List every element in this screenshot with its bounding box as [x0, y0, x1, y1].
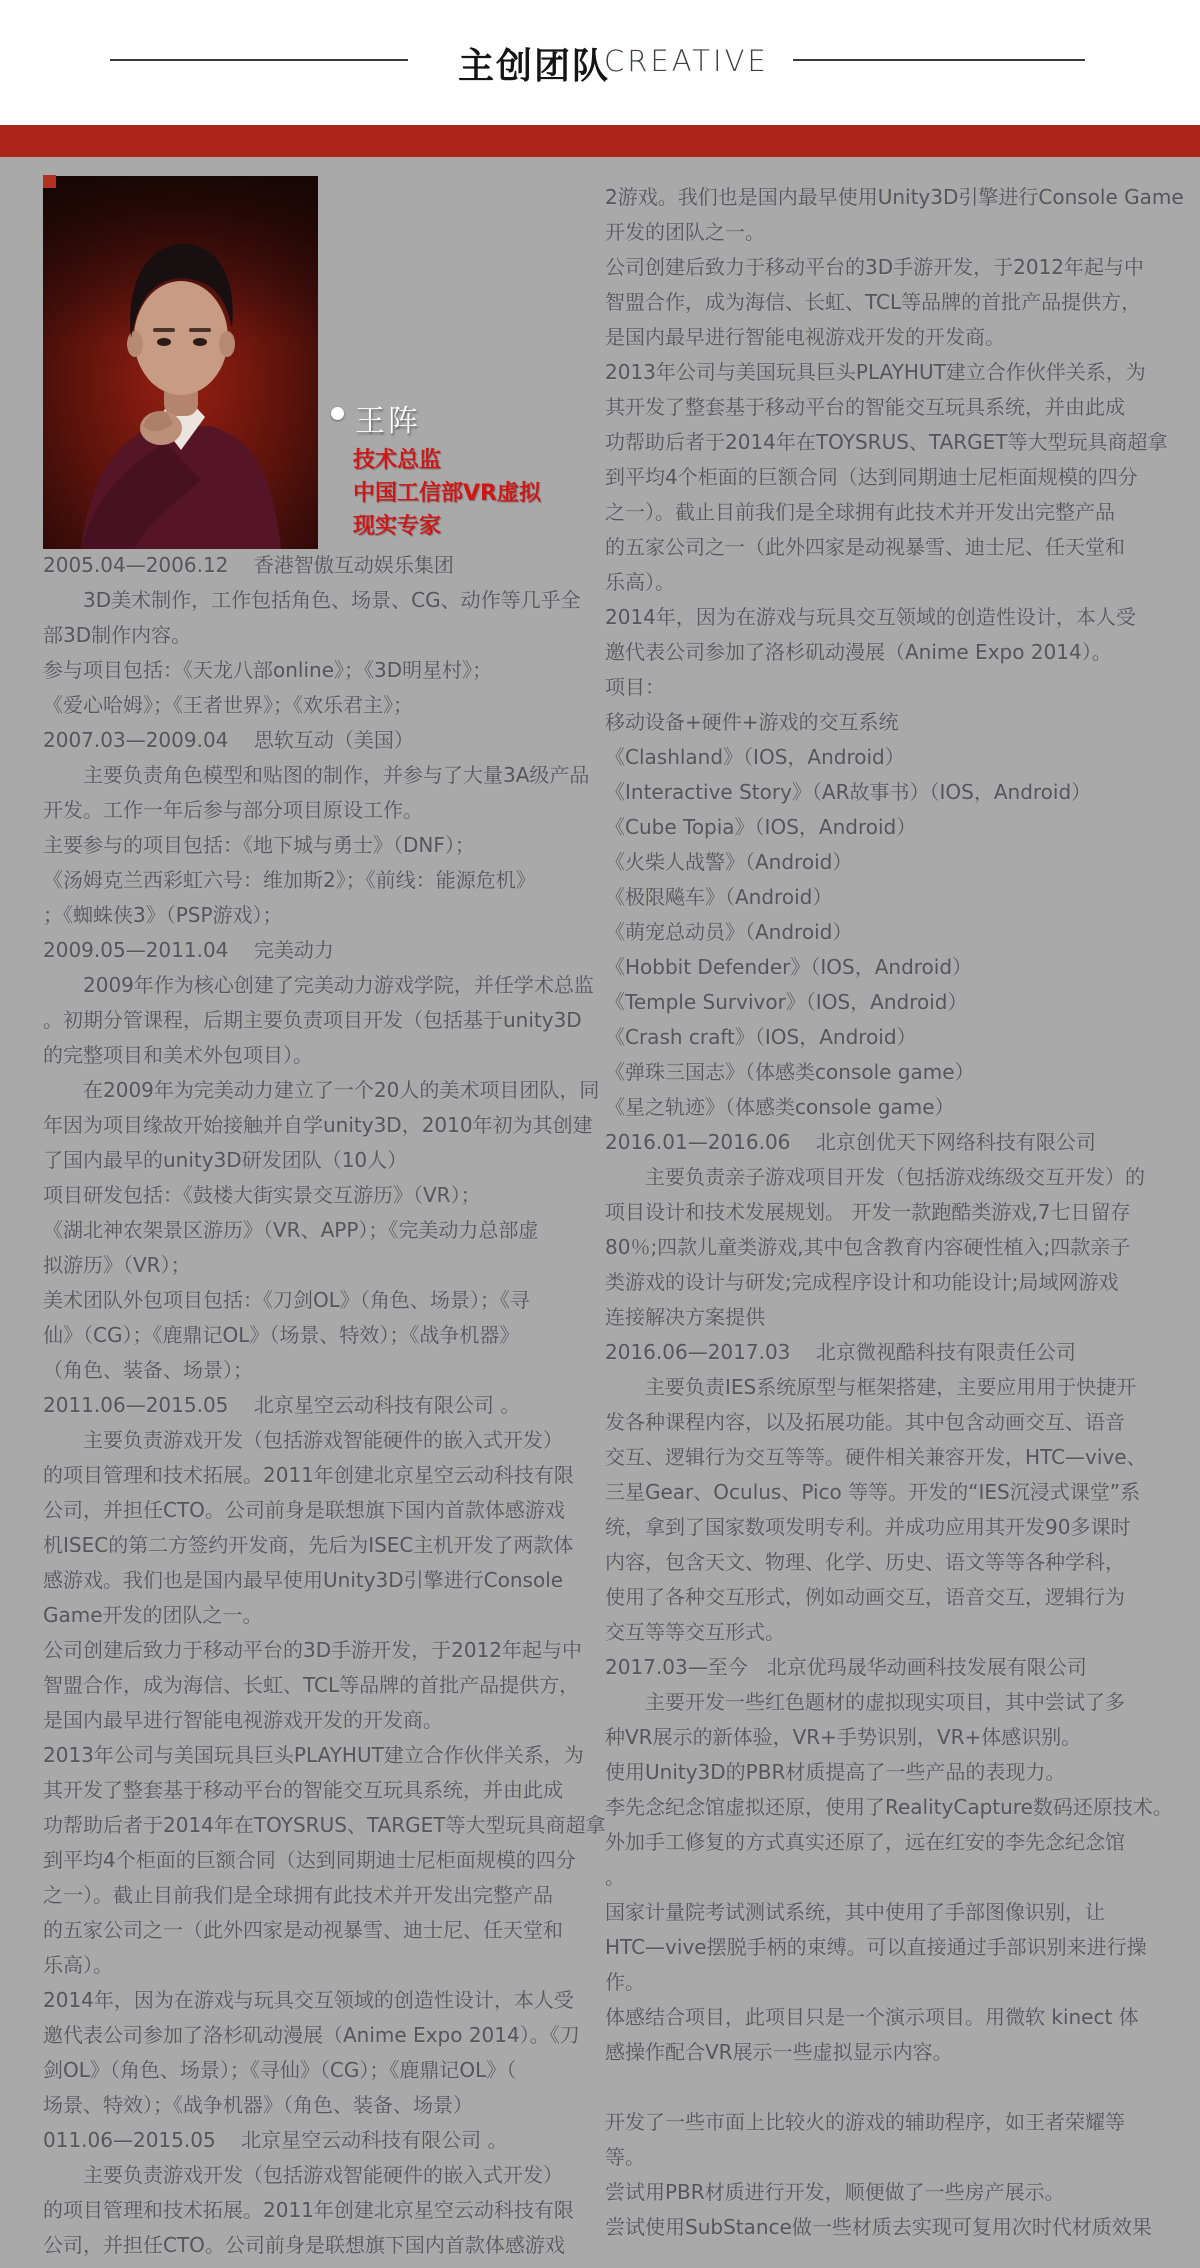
- text-line: 2011.06—2015.05 北京星空云动科技有限公司 。: [43, 1388, 588, 1423]
- resume-content: 王阵 技术总监中国工信部VR虚拟现实专家 2005.04—2006.12 香港智…: [0, 157, 1200, 2268]
- text-line: 了国内最早的unity3D研发团队（10人）: [43, 1143, 588, 1178]
- text-line: 机ISEC的第二方签约开发商，先后为ISEC主机开发了两款体: [43, 1528, 588, 1563]
- text-line: 的五家公司之一（此外四家是动视暴雪、迪士尼、任天堂和: [43, 1913, 588, 1948]
- text-line: 等。: [605, 2140, 1165, 2175]
- name-bullet-icon: [331, 407, 344, 420]
- text-line: 功帮助后者于2014年在TOYSRUS、TARGET等大型玩具商超拿: [605, 425, 1165, 460]
- text-line: 统，拿到了国家数项发明专利。并成功应用其开发90多课时: [605, 1510, 1165, 1545]
- text-line: 功帮助后者于2014年在TOYSRUS、TARGET等大型玩具商超拿: [43, 1808, 588, 1843]
- page-title-english: CREATIVE: [604, 44, 769, 78]
- text-line: 感游戏。我们也是国内最早使用Unity3D引擎进行Console: [43, 1563, 588, 1598]
- text-line: 项目设计和技术发展规划。 开发一款跑酷类游戏,7七日留存: [605, 1195, 1165, 1230]
- text-line: 仙》（CG）；《鹿鼎记OL》（场景、特效）；《战争机器》: [43, 1318, 588, 1353]
- text-line: 《极限飚车》（Android）: [605, 880, 1165, 915]
- text-line: 其开发了整套基于移动平台的智能交互玩具系统，并由此成: [605, 390, 1165, 425]
- text-line: 项目研发包括：《鼓楼大街实景交互游历》（VR）；: [43, 1178, 588, 1213]
- photo-corner-accent: [43, 175, 56, 188]
- text-line: 的项目管理和技术拓展。2011年创建北京星空云动科技有限: [43, 1458, 588, 1493]
- text-line: 2016.01—2016.06 北京创优天下网络科技有限公司: [605, 1125, 1165, 1160]
- text-line: 邀代表公司参加了洛杉矶动漫展（Anime Expo 2014）。《刀: [43, 2018, 588, 2053]
- text-line: 剑OL》（角色、场景）；《寻仙》（CG）；《鹿鼎记OL》（: [43, 2053, 588, 2088]
- text-line: 的项目管理和技术拓展。2011年创建北京星空云动科技有限: [43, 2193, 588, 2228]
- text-line: 2013年公司与美国玩具巨头PLAYHUT建立合作伙伴关系，为: [43, 1738, 588, 1773]
- text-line: 2013年公司与美国玩具巨头PLAYHUT建立合作伙伴关系，为: [605, 355, 1165, 390]
- text-line: 拟游历》（VR）；: [43, 1248, 588, 1283]
- text-line: 连接解决方案提供: [605, 1300, 1165, 1335]
- text-line: 《汤姆克兰西彩虹六号：维加斯2》；《前线：能源危机》: [43, 863, 588, 898]
- text-line: 主要参与的项目包括：《地下城与勇士》（DNF）；: [43, 828, 588, 863]
- text-line: 主要开发一些红色题材的虚拟现实项目，其中尝试了多: [605, 1685, 1165, 1720]
- text-line: 80％;四款儿童类游戏,其中包含教育内容硬性植入;四款亲子: [605, 1230, 1165, 1265]
- text-line: 。: [605, 1860, 1165, 1895]
- member-title-line: 中国工信部VR虚拟: [353, 477, 613, 510]
- text-line: （角色、装备、场景）；: [43, 1353, 588, 1388]
- text-line: 使用了各种交互形式，例如动画交互，语音交互，逻辑行为: [605, 1580, 1165, 1615]
- text-line: Game开发的团队之一。: [43, 1598, 588, 1633]
- text-line: 的完整项目和美术外包项目）。: [43, 1038, 588, 1073]
- text-line: 之一）。截止目前我们是全球拥有此技术并开发出完整产品: [605, 495, 1165, 530]
- text-line: 2017.03—至今 北京优玛晟华动画科技发展有限公司: [605, 1650, 1165, 1685]
- text-line: 《星之轨迹》（体感类console game）: [605, 1090, 1165, 1125]
- text-line: 之一）。截止目前我们是全球拥有此技术并开发出完整产品: [43, 1878, 588, 1913]
- text-line: 011.06—2015.05 北京星空云动科技有限公司 。: [43, 2123, 588, 2158]
- text-line: 交互等等交互形式。: [605, 1615, 1165, 1650]
- text-line: 是国内最早进行智能电视游戏开发的开发商。: [605, 320, 1165, 355]
- divider-line-left: [110, 59, 408, 61]
- text-line: 《Crash craft》（IOS，Android）: [605, 1020, 1165, 1055]
- text-line: 《Temple Survivor》（IOS，Android）: [605, 985, 1165, 1020]
- text-line: 国家计量院考试测试系统，其中使用了手部图像识别，让: [605, 1895, 1165, 1930]
- text-line: 《湖北神农架景区游历》（VR、APP）；《完美动力总部虚: [43, 1213, 588, 1248]
- text-line: 交互、逻辑行为交互等等。硬件相关兼容开发，HTC—vive、: [605, 1440, 1165, 1475]
- text-line: 移动设备+硬件+游戏的交互系统: [605, 705, 1165, 740]
- text-line: 2005.04—2006.12 香港智傲互动娱乐集团: [43, 548, 588, 583]
- text-line: 的五家公司之一（此外四家是动视暴雪、迪士尼、任天堂和: [605, 530, 1165, 565]
- divider-line-right: [793, 59, 1085, 61]
- page-header: 主创团队 CREATIVE: [0, 0, 1200, 125]
- text-line: 乐高）。: [43, 1948, 588, 1983]
- text-line: 发各种课程内容，以及拓展功能。其中包含动画交互、语音: [605, 1405, 1165, 1440]
- text-line: 体感结合项目，此项目只是一个演示项目。用微软 kinect 体: [605, 2000, 1165, 2035]
- member-title-line: 技术总监: [353, 444, 613, 477]
- text-line: [605, 2070, 1165, 2105]
- text-line: 3D美术制作，工作包括角色、场景、CG、动作等几乎全: [43, 583, 588, 618]
- text-line: 在2009年为完美动力建立了一个20人的美术项目团队，同: [43, 1073, 588, 1108]
- text-line: 部3D制作内容。: [43, 618, 588, 653]
- text-line: 李先念纪念馆虚拟还原，使用了RealityCapture数码还原技术。: [605, 1790, 1165, 1825]
- text-line: 内容，包含天文、物理、化学、历史、语文等等各种学科，: [605, 1545, 1165, 1580]
- member-name: 王阵: [355, 396, 421, 440]
- text-line: 使用Unity3D的PBR材质提高了一些产品的表现力。: [605, 1755, 1165, 1790]
- text-line: 《爱心哈姆》；《王者世界》；《欢乐君主》；: [43, 688, 588, 723]
- text-line: 2016.06—2017.03 北京微视酷科技有限责任公司: [605, 1335, 1165, 1370]
- text-line: 场景、特效）；《战争机器》（角色、装备、场景）: [43, 2088, 588, 2123]
- text-line: 项目：: [605, 670, 1165, 705]
- text-line: 开发了一些市面上比较火的游戏的辅助程序，如王者荣耀等: [605, 2105, 1165, 2140]
- text-line: 作。: [605, 1965, 1165, 2000]
- text-line: 智盟合作，成为海信、长虹、TCL等品牌的首批产品提供方，: [605, 285, 1165, 320]
- text-line: 参与项目包括：《天龙八部online》；《3D明星村》；: [43, 653, 588, 688]
- text-line: 公司创建后致力于移动平台的3D手游开发，于2012年起与中: [43, 1633, 588, 1668]
- text-line: 2014年，因为在游戏与玩具交互领域的创造性设计，本人受: [43, 1983, 588, 2018]
- text-line: 主要负责亲子游戏项目开发（包括游戏练级交互开发）的: [605, 1160, 1165, 1195]
- text-line: 美术团队外包项目包括：《刀剑OL》（角色、场景）；《寻: [43, 1283, 588, 1318]
- text-line: 是国内最早进行智能电视游戏开发的开发商。: [43, 1703, 588, 1738]
- text-line: 智盟合作，成为海信、长虹、TCL等品牌的首批产品提供方，: [43, 1668, 588, 1703]
- text-line: 公司，并担任CTO。公司前身是联想旗下国内首款体感游戏: [43, 2228, 588, 2263]
- text-line: 《萌宠总动员》（Android）: [605, 915, 1165, 950]
- member-titles: 技术总监中国工信部VR虚拟现实专家: [353, 444, 613, 543]
- text-line: 开发的团队之一。: [605, 215, 1165, 250]
- resume-right-column: 2游戏。我们也是国内最早使用Unity3D引擎进行Console Game开发的…: [605, 180, 1165, 2245]
- text-line: 到平均4个柜面的巨额合同（达到同期迪士尼柜面规模的四分: [43, 1843, 588, 1878]
- text-line: 尝试使用SubStance做一些材质去实现可复用次时代材质效果: [605, 2210, 1165, 2245]
- text-line: HTC—vive摆脱手柄的束缚。可以直接通过手部识别来进行操: [605, 1930, 1165, 1965]
- text-line: 《Interactive Story》（AR故事书）（IOS，Android）: [605, 775, 1165, 810]
- text-line: 乐高）。: [605, 565, 1165, 600]
- text-line: 。初期分管课程，后期主要负责项目开发（包括基于unity3D: [43, 1003, 588, 1038]
- text-line: 开发。工作一年后参与部分项目原设工作。: [43, 793, 588, 828]
- text-line: 公司创建后致力于移动平台的3D手游开发，于2012年起与中: [605, 250, 1165, 285]
- text-line: 外加手工修复的方式真实还原了，远在红安的李先念纪念馆: [605, 1825, 1165, 1860]
- page-title: 主创团队: [458, 38, 610, 89]
- text-line: ；《蜘蛛侠3》（PSP游戏）；: [43, 898, 588, 933]
- text-line: 2009年作为核心创建了完美动力游戏学院，并任学术总监: [43, 968, 588, 1003]
- text-line: 主要负责游戏开发（包括游戏智能硬件的嵌入式开发）: [43, 1423, 588, 1458]
- text-line: 2009.05—2011.04 完美动力: [43, 933, 588, 968]
- resume-left-column: 2005.04—2006.12 香港智傲互动娱乐集团 3D美术制作，工作包括角色…: [43, 548, 588, 2263]
- text-line: 感操作配合VR展示一些虚拟显示内容。: [605, 2035, 1165, 2070]
- text-line: 公司，并担任CTO。公司前身是联想旗下国内首款体感游戏: [43, 1493, 588, 1528]
- text-line: 《弹珠三国志》（体感类console game）: [605, 1055, 1165, 1090]
- text-line: 种VR展示的新体验，VR+手势识别，VR+体感识别。: [605, 1720, 1165, 1755]
- text-line: 到平均4个柜面的巨额合同（达到同期迪士尼柜面规模的四分: [605, 460, 1165, 495]
- text-line: 尝试用PBR材质进行开发，顺便做了一些房产展示。: [605, 2175, 1165, 2210]
- text-line: 邀代表公司参加了洛杉矶动漫展（Anime Expo 2014）。: [605, 635, 1165, 670]
- text-line: 主要负责游戏开发（包括游戏智能硬件的嵌入式开发）: [43, 2158, 588, 2193]
- text-line: 三星Gear、Oculus、Pico 等等。开发的“IES沉浸式课堂”系: [605, 1475, 1165, 1510]
- text-line: 《火柴人战警》（Android）: [605, 845, 1165, 880]
- portrait-illustration: [43, 176, 318, 549]
- red-banner: [0, 125, 1200, 157]
- text-line: 2007.03—2009.04 思软互动（美国）: [43, 723, 588, 758]
- text-line: 其开发了整套基于移动平台的智能交互玩具系统，并由此成: [43, 1773, 588, 1808]
- text-line: 主要负责IES系统原型与框架搭建，主要应用用于快捷开: [605, 1370, 1165, 1405]
- text-line: 《Hobbit Defender》（IOS，Android）: [605, 950, 1165, 985]
- portrait-photo: [43, 176, 318, 549]
- text-line: 《Clashland》（IOS，Android）: [605, 740, 1165, 775]
- text-line: 2014年，因为在游戏与玩具交互领域的创造性设计，本人受: [605, 600, 1165, 635]
- text-line: 2游戏。我们也是国内最早使用Unity3D引擎进行Console Game: [605, 180, 1165, 215]
- text-line: 主要负责角色模型和贴图的制作，并参与了大量3A级产品: [43, 758, 588, 793]
- text-line: 《Cube Topia》（IOS，Android）: [605, 810, 1165, 845]
- text-line: 类游戏的设计与研发;完成程序设计和功能设计;局域网游戏: [605, 1265, 1165, 1300]
- member-title-line: 现实专家: [353, 510, 613, 543]
- text-line: 年因为项目缘故开始接触并自学unity3D，2010年初为其创建: [43, 1108, 588, 1143]
